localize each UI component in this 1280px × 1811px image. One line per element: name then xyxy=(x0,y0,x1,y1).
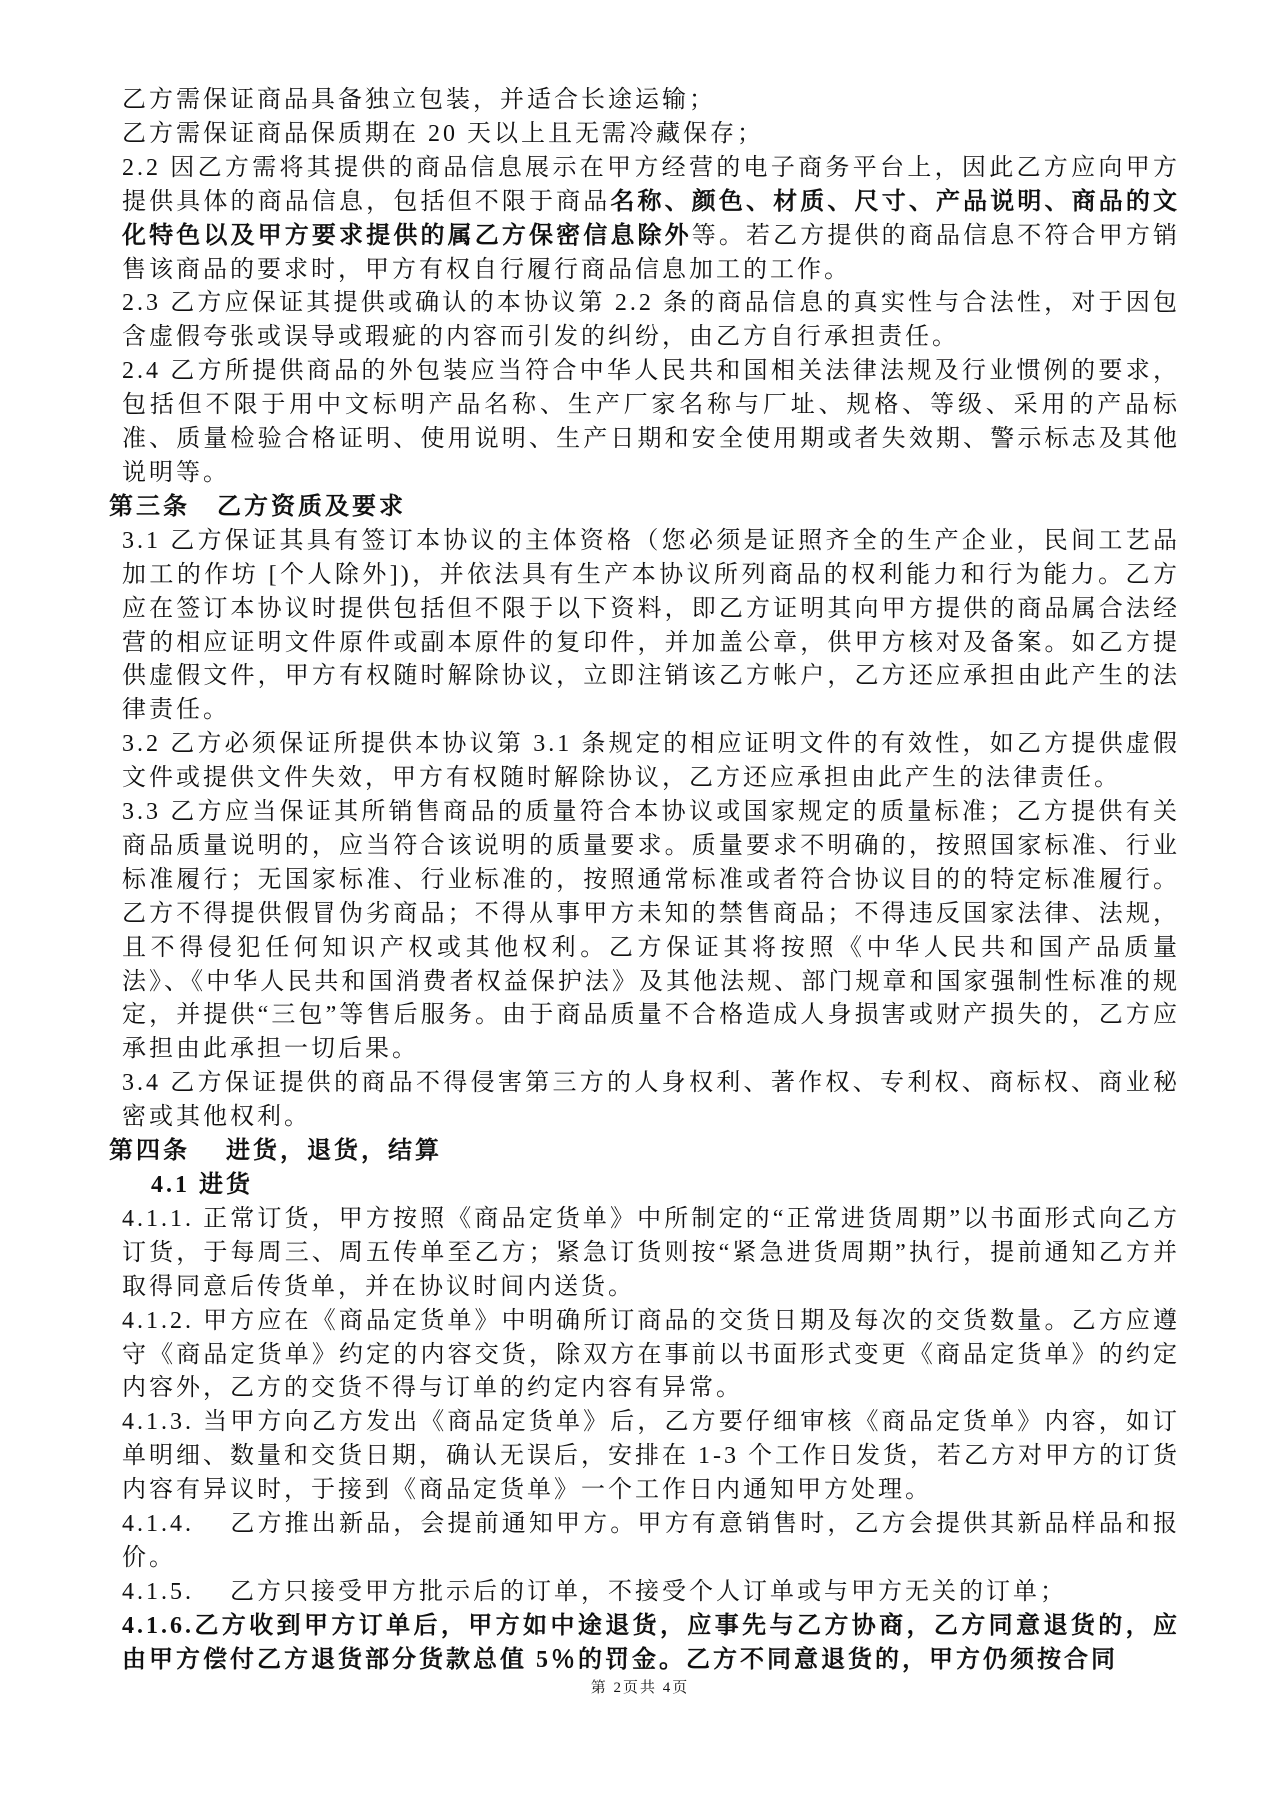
heading-4-1: 4.1 进货 xyxy=(151,1169,1180,1203)
page-footer: 第 2页共 4页 xyxy=(0,1676,1280,1697)
para-3-2: 3.2 乙方必须保证所提供本协议第 3.1 条规定的相应证明文件的有效性，如乙方… xyxy=(122,728,1180,796)
para-4-1-2: 4.1.2. 甲方应在《商品定货单》中明确所订商品的交货日期及每次的交货数量。乙… xyxy=(122,1305,1180,1407)
bold-text-segment: 第四条 进货，退货，结算 xyxy=(109,1138,442,1164)
para-4-1-1: 4.1.1. 正常订货，甲方按照《商品定货单》中所制定的“正常进货周期”以书面形… xyxy=(122,1203,1180,1305)
bold-text-segment: 第三条 乙方资质及要求 xyxy=(109,494,406,520)
text-segment: 4.1.3. 当甲方向乙方发出《商品定货单》后，乙方要仔细审核《商品定货单》内容… xyxy=(122,1409,1180,1503)
bold-text-segment: 4.1.6.乙方收到甲方订单后，甲方如中途退货，应事先与乙方协商，乙方同意退货的… xyxy=(122,1613,1180,1673)
heading-article-3: 第三条 乙方资质及要求 xyxy=(109,491,1180,525)
text-segment: 3.4 乙方保证提供的商品不得侵害第三方的人身权利、著作权、专利权、商标权、商业… xyxy=(122,1070,1180,1130)
para-4-1-4: 4.1.4. 乙方推出新品，会提前通知甲方。甲方有意销售时，乙方会提供其新品样品… xyxy=(122,1508,1180,1576)
para-3-3: 3.3 乙方应当保证其所销售商品的质量符合本协议或国家规定的质量标准；乙方提供有… xyxy=(122,796,1180,1067)
text-segment: 乙方需保证商品保质期在 20 天以上且无需冷藏保存； xyxy=(122,121,764,147)
text-segment: 4.1.4. 乙方推出新品，会提前通知甲方。甲方有意销售时，乙方会提供其新品样品… xyxy=(122,1511,1180,1571)
clause-packaging-line: 乙方需保证商品具备独立包装，并适合长途运输； xyxy=(122,84,1180,118)
para-4-1-6: 4.1.6.乙方收到甲方订单后，甲方如中途退货，应事先与乙方协商，乙方同意退货的… xyxy=(122,1610,1180,1678)
text-segment: 4.1.5. 乙方只接受甲方批示后的订单，不接受个人订单或与甲方无关的订单； xyxy=(122,1579,1067,1605)
para-4-1-3: 4.1.3. 当甲方向乙方发出《商品定货单》后，乙方要仔细审核《商品定货单》内容… xyxy=(122,1406,1180,1508)
para-2-3: 2.3 乙方应保证其提供或确认的本协议第 2.2 条的商品信息的真实性与合法性，… xyxy=(122,287,1180,355)
para-2-2: 2.2 因乙方需将其提供的商品信息展示在甲方经营的电子商务平台上，因此乙方应向甲… xyxy=(122,152,1180,288)
para-3-1: 3.1 乙方保证其具有签订本协议的主体资格（您必须是证照齐全的生产企业，民间工艺… xyxy=(122,525,1180,728)
clause-shelf-life-line: 乙方需保证商品保质期在 20 天以上且无需冷藏保存； xyxy=(122,118,1180,152)
text-segment: 2.3 乙方应保证其提供或确认的本协议第 2.2 条的商品信息的真实性与合法性，… xyxy=(122,290,1180,350)
text-segment: 乙方需保证商品具备独立包装，并适合长途运输； xyxy=(122,87,716,113)
text-segment: 4.1.2. 甲方应在《商品定货单》中明确所订商品的交货日期及每次的交货数量。乙… xyxy=(122,1308,1180,1402)
para-4-1-5: 4.1.5. 乙方只接受甲方批示后的订单，不接受个人订单或与甲方无关的订单； xyxy=(122,1576,1180,1610)
bold-text-segment: 4.1 进货 xyxy=(151,1172,253,1198)
document-page: 乙方需保证商品具备独立包装，并适合长途运输；乙方需保证商品保质期在 20 天以上… xyxy=(0,0,1280,1811)
text-segment: 3.2 乙方必须保证所提供本协议第 3.1 条规定的相应证明文件的有效性，如乙方… xyxy=(122,731,1180,791)
text-segment: 3.1 乙方保证其具有签订本协议的主体资格（您必须是证照齐全的生产企业，民间工艺… xyxy=(122,528,1180,724)
text-segment: 3.3 乙方应当保证其所销售商品的质量符合本协议或国家规定的质量标准；乙方提供有… xyxy=(122,799,1180,1062)
para-2-4: 2.4 乙方所提供商品的外包装应当符合中华人民共和国相关法律法规及行业惯例的要求… xyxy=(122,355,1180,491)
heading-article-4: 第四条 进货，退货，结算 xyxy=(109,1135,1180,1169)
text-segment: 4.1.1. 正常订货，甲方按照《商品定货单》中所制定的“正常进货周期”以书面形… xyxy=(122,1206,1180,1300)
text-segment: 2.4 乙方所提供商品的外包装应当符合中华人民共和国相关法律法规及行业惯例的要求… xyxy=(122,358,1180,486)
para-3-4: 3.4 乙方保证提供的商品不得侵害第三方的人身权利、著作权、专利权、商标权、商业… xyxy=(122,1067,1180,1135)
contract-body: 乙方需保证商品具备独立包装，并适合长途运输；乙方需保证商品保质期在 20 天以上… xyxy=(122,84,1180,1678)
